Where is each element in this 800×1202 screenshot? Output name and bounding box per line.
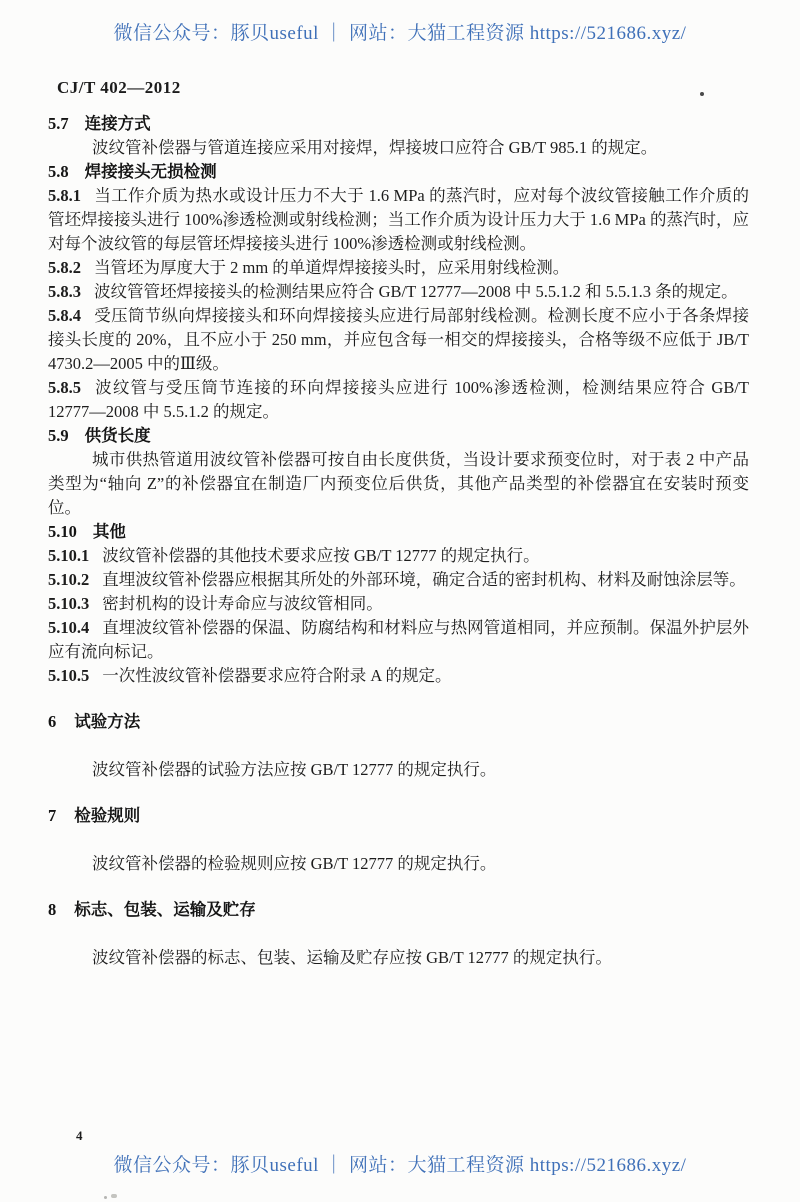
clause-number: 5.8.1: [48, 186, 81, 205]
clause-5-8-5: 5.8.5波纹管与受压筒节连接的环向焊接接头应进行 100%渗透检测，检测结果应…: [48, 376, 749, 424]
page-number: 4: [76, 1128, 83, 1144]
section-number: 5.10: [48, 522, 77, 541]
paragraph: 波纹管补偿器的检验规则应按 GB/T 12777 的规定执行。: [48, 852, 749, 876]
watermark-bottom: 微信公众号：豚贝useful ｜ 网站：大猫工程资源 https://52168…: [0, 1150, 800, 1177]
chapter-number: 6: [48, 712, 56, 731]
clause-5-8-4: 5.8.4受压筒节纵向焊接接头和环向焊接接头应进行局部射线检测。检测长度不应小于…: [48, 304, 749, 376]
clause-number: 5.10.2: [48, 570, 89, 589]
clause-number: 5.10.1: [48, 546, 89, 565]
section-title: 供货长度: [85, 426, 151, 445]
paragraph: 波纹管补偿器的标志、包装、运输及贮存应按 GB/T 12777 的规定执行。: [48, 946, 749, 970]
clause-text: 当工作介质为热水或设计压力不大于 1.6 MPa 的蒸汽时，应对每个波纹管接触工…: [48, 186, 749, 253]
section-title: 其他: [93, 522, 126, 541]
watermark-top: 微信公众号：豚贝useful ｜ 网站：大猫工程资源 https://52168…: [0, 18, 800, 45]
clause-5-8-2: 5.8.2当管坯为厚度大于 2 mm 的单道焊焊接接头时，应采用射线检测。: [48, 256, 749, 280]
chapter-title: 标志、包装、运输及贮存: [74, 900, 256, 919]
clause-text: 受压筒节纵向焊接接头和环向焊接接头应进行局部射线检测。检测长度不应小于各条焊接接…: [48, 306, 749, 373]
clause-number: 5.8.3: [48, 282, 81, 301]
clause-text: 波纹管与受压筒节连接的环向焊接接头应进行 100%渗透检测，检测结果应符合 GB…: [48, 378, 749, 421]
clause-text: 直埋波纹管补偿器的保温、防腐结构和材料应与热网管道相同，并应预制。保温外护层外应…: [48, 618, 749, 661]
scan-artifact-smudge: [111, 1194, 117, 1198]
section-heading-5-9: 5.9供货长度: [48, 424, 749, 448]
clause-number: 5.8.2: [48, 258, 81, 277]
scan-artifact-dot: [700, 92, 704, 96]
paragraph: 波纹管补偿器的试验方法应按 GB/T 12777 的规定执行。: [48, 758, 749, 782]
chapter-heading-8: 8标志、包装、运输及贮存: [48, 898, 749, 922]
document-body: 5.7连接方式 波纹管补偿器与管道连接应采用对接焊，焊接坡口应符合 GB/T 9…: [48, 112, 749, 992]
section-title: 焊接接头无损检测: [85, 162, 217, 181]
chapter-title: 检验规则: [74, 806, 140, 825]
clause-number: 5.10.3: [48, 594, 89, 613]
chapter-number: 7: [48, 806, 56, 825]
chapter-heading-6: 6试验方法: [48, 710, 749, 734]
section-number: 5.8: [48, 162, 69, 181]
section-heading-5-8: 5.8焊接接头无损检测: [48, 160, 749, 184]
clause-number: 5.8.5: [48, 378, 81, 397]
chapter-title: 试验方法: [74, 712, 140, 731]
chapter-heading-7: 7检验规则: [48, 804, 749, 828]
clause-text: 波纹管补偿器的其他技术要求应按 GB/T 12777 的规定执行。: [102, 546, 539, 565]
section-heading-5-10: 5.10其他: [48, 520, 749, 544]
section-title: 连接方式: [85, 114, 151, 133]
clause-number: 5.8.4: [48, 306, 81, 325]
clause-5-10-5: 5.10.5一次性波纹管补偿器要求应符合附录 A 的规定。: [48, 664, 749, 688]
clause-5-10-1: 5.10.1波纹管补偿器的其他技术要求应按 GB/T 12777 的规定执行。: [48, 544, 749, 568]
clause-text: 密封机构的设计寿命应与波纹管相同。: [102, 594, 383, 613]
section-number: 5.9: [48, 426, 69, 445]
paragraph: 城市供热管道用波纹管补偿器可按自由长度供货，当设计要求预变位时，对于表 2 中产…: [48, 448, 749, 520]
doc-number: CJ/T 402—2012: [57, 78, 181, 98]
clause-text: 波纹管管坯焊接接头的检测结果应符合 GB/T 12777—2008 中 5.5.…: [94, 282, 738, 301]
clause-5-8-1: 5.8.1当工作介质为热水或设计压力不大于 1.6 MPa 的蒸汽时，应对每个波…: [48, 184, 749, 256]
section-heading-5-7: 5.7连接方式: [48, 112, 749, 136]
clause-5-8-3: 5.8.3波纹管管坯焊接接头的检测结果应符合 GB/T 12777—2008 中…: [48, 280, 749, 304]
clause-5-10-2: 5.10.2直埋波纹管补偿器应根据其所处的外部环境，确定合适的密封机构、材料及耐…: [48, 568, 749, 592]
clause-text: 直埋波纹管补偿器应根据其所处的外部环境，确定合适的密封机构、材料及耐蚀涂层等。: [102, 570, 746, 589]
chapter-number: 8: [48, 900, 56, 919]
clause-text: 一次性波纹管补偿器要求应符合附录 A 的规定。: [102, 666, 451, 685]
section-number: 5.7: [48, 114, 69, 133]
paragraph: 波纹管补偿器与管道连接应采用对接焊，焊接坡口应符合 GB/T 985.1 的规定…: [48, 136, 749, 160]
clause-text: 当管坯为厚度大于 2 mm 的单道焊焊接接头时，应采用射线检测。: [94, 258, 569, 277]
clause-number: 5.10.5: [48, 666, 89, 685]
clause-5-10-3: 5.10.3密封机构的设计寿命应与波纹管相同。: [48, 592, 749, 616]
clause-number: 5.10.4: [48, 618, 89, 637]
clause-5-10-4: 5.10.4直埋波纹管补偿器的保温、防腐结构和材料应与热网管道相同，并应预制。保…: [48, 616, 749, 664]
scan-artifact-smudge: [104, 1196, 107, 1199]
